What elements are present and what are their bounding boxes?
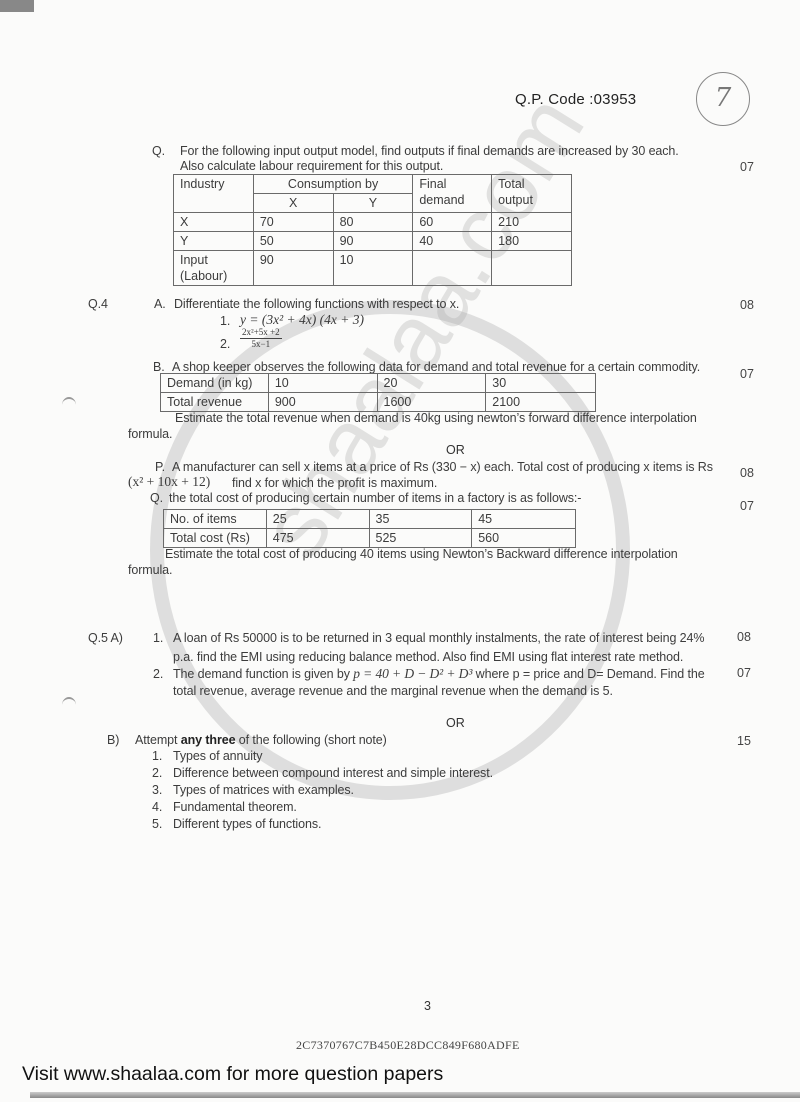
cell-final — [413, 251, 492, 286]
row-label: Total cost (Rs) — [164, 529, 267, 548]
paper-hash: 2C7370767C7B450E28DCC849F680ADFE — [296, 1038, 520, 1053]
table-row: Demand (in kg) 10 20 30 — [161, 374, 596, 393]
cell-y: 80 — [333, 213, 413, 232]
header-total-output-l1: Total — [498, 177, 524, 191]
q5a-item2-line2: total revenue, average revenue and the m… — [173, 683, 613, 699]
list-item: 4.Fundamental theorem. — [152, 799, 297, 815]
cell: 1600 — [377, 393, 486, 412]
q5-label: Q.5 A) — [88, 630, 123, 646]
q4a-marks: 08 — [740, 298, 754, 312]
row-label: Total revenue — [161, 393, 269, 412]
list-item: 3.Types of matrices with examples. — [152, 782, 354, 798]
q4q-after-1: Estimate the total cost of producing 40 … — [165, 546, 678, 562]
cell-x: 70 — [253, 213, 333, 232]
fraction-numerator: 2x²+5x +2 — [240, 327, 282, 339]
cell-x: 50 — [253, 232, 333, 251]
table-row: Total revenue 900 1600 2100 — [161, 393, 596, 412]
list-num: 1. — [152, 748, 173, 764]
cell: 560 — [472, 529, 576, 548]
q4a-text: Differentiate the following functions wi… — [174, 296, 459, 312]
q5b-text: Attempt any three of the following (shor… — [135, 732, 387, 748]
q5a-item2-line1: The demand function is given by p = 40 +… — [173, 666, 705, 682]
header-consumption-by: Consumption by — [253, 175, 412, 194]
q4a-item2-num: 2. — [220, 336, 230, 352]
list-text: Fundamental theorem. — [173, 800, 297, 814]
header-sub-x: X — [253, 194, 333, 213]
q5a-item1-line1: A loan of Rs 50000 is to be returned in … — [173, 630, 704, 646]
header-total-output-l2: output — [498, 193, 533, 207]
q4p-line2-text: find x for which the profit is maximum. — [232, 475, 437, 491]
q5a-item2-marks: 07 — [737, 666, 751, 680]
page-bottom-edge — [30, 1092, 800, 1098]
list-num: 4. — [152, 799, 173, 815]
row-label: Demand (in kg) — [161, 374, 269, 393]
items-cost-table: No. of items 25 35 45 Total cost (Rs) 47… — [163, 509, 576, 548]
cell: 2100 — [486, 393, 596, 412]
q5b-text-bold: any three — [181, 733, 236, 747]
table-header-row: Industry Consumption by Finaldemand Tota… — [174, 175, 572, 194]
list-item: 5.Different types of functions. — [152, 816, 321, 832]
q4b-after-1: Estimate the total revenue when demand i… — [175, 410, 697, 426]
header-total-output: Totaloutput — [492, 175, 572, 213]
header-final-demand-l2: demand — [419, 193, 464, 207]
cell: 25 — [266, 510, 369, 529]
list-item: 1.Types of annuity — [152, 748, 262, 764]
header-sub-y: Y — [333, 194, 413, 213]
q5b-marks: 15 — [737, 734, 751, 748]
cell-industry: Y — [174, 232, 254, 251]
list-item: 2.Difference between compound interest a… — [152, 765, 493, 781]
table-row: Total cost (Rs) 475 525 560 — [164, 529, 576, 548]
cell: 45 — [472, 510, 576, 529]
cell-industry: X — [174, 213, 254, 232]
q4a-item2-fraction: 2x²+5x +2 5x−1 — [240, 327, 282, 350]
q3-label: Q. — [152, 143, 165, 159]
cell: 20 — [377, 374, 486, 393]
q4a-item1-num: 1. — [220, 313, 230, 329]
q5a-item2-pre: The demand function is given by — [173, 667, 353, 681]
q5b-label: B) — [107, 732, 119, 748]
table-row: Y 50 90 40 180 — [174, 232, 572, 251]
promo-banner: Visit www.shaalaa.com for more question … — [22, 1063, 443, 1086]
q4q-text: the total cost of producing certain numb… — [169, 490, 581, 506]
q5b-text-pre: Attempt — [135, 733, 181, 747]
q4a-item1-expr: y = (3x² + 4x) (4x + 3) — [240, 312, 364, 328]
table-row-labour: Input(Labour) 90 10 — [174, 251, 572, 286]
cell: 475 — [266, 529, 369, 548]
q4b-after-2: formula. — [128, 426, 172, 442]
fraction-denominator: 5x−1 — [240, 339, 282, 350]
or-divider: OR — [446, 443, 465, 457]
q5a-item2-num: 2. — [153, 666, 163, 682]
or-divider: OR — [446, 716, 465, 730]
cell-total — [492, 251, 572, 286]
cell-final: 40 — [413, 232, 492, 251]
header-final-demand-l1: Final — [419, 177, 446, 191]
cell: 35 — [369, 510, 472, 529]
q4p-label: P. — [155, 459, 165, 475]
table-row: X 70 80 60 210 — [174, 213, 572, 232]
q5b-text-post: of the following (short note) — [235, 733, 386, 747]
q4q-marks: 07 — [740, 499, 754, 513]
q5a-item1-num: 1. — [153, 630, 163, 646]
cell-final: 60 — [413, 213, 492, 232]
header-final-demand: Finaldemand — [413, 175, 492, 213]
list-text: Types of matrices with examples. — [173, 783, 354, 797]
cell: 10 — [268, 374, 377, 393]
q5a-item1-line2: p.a. find the EMI using reducing balance… — [173, 649, 683, 665]
cell-x: 90 — [253, 251, 333, 286]
q4b-marks: 07 — [740, 367, 754, 381]
cell: 900 — [268, 393, 377, 412]
table-row: No. of items 25 35 45 — [164, 510, 576, 529]
q4q-after-2: formula. — [128, 562, 172, 578]
q4p-marks: 08 — [740, 466, 754, 480]
list-text: Types of annuity — [173, 749, 262, 763]
q5a-item1-marks: 08 — [737, 630, 751, 644]
cell-total: 210 — [492, 213, 572, 232]
qp-code: Q.P. Code :03953 — [515, 91, 636, 108]
page-number: 3 — [424, 999, 431, 1013]
q4-label: Q.4 — [88, 296, 108, 312]
cell: 30 — [486, 374, 596, 393]
q3-line1: For the following input output model, fi… — [180, 143, 679, 159]
q4p-line2-math: (x² + 10x + 12) — [128, 474, 210, 490]
q5a-item2-math: p = 40 + D − D² + D³ — [353, 666, 472, 681]
list-text: Difference between compound interest and… — [173, 766, 493, 780]
scan-edge — [0, 0, 34, 12]
input-output-table: Industry Consumption by Finaldemand Tota… — [173, 174, 572, 286]
labour-label-l2: (Labour) — [180, 269, 227, 283]
page-stamp: 7 — [696, 72, 750, 126]
list-num: 3. — [152, 782, 173, 798]
list-num: 2. — [152, 765, 173, 781]
row-label: No. of items — [164, 510, 267, 529]
list-num: 5. — [152, 816, 173, 832]
cell-total: 180 — [492, 232, 572, 251]
q4a-label: A. — [154, 296, 166, 312]
q3-marks: 07 — [740, 160, 754, 174]
q4q-label: Q. — [150, 490, 163, 506]
cell-y: 10 — [333, 251, 413, 286]
cell: 525 — [369, 529, 472, 548]
header-industry: Industry — [174, 175, 254, 213]
demand-revenue-table: Demand (in kg) 10 20 30 Total revenue 90… — [160, 373, 596, 412]
q5a-item2-post: where p = price and D= Demand. Find the — [472, 667, 704, 681]
labour-label-l1: Input — [180, 253, 208, 267]
punch-mark — [62, 397, 76, 413]
list-text: Different types of functions. — [173, 817, 321, 831]
punch-mark — [62, 697, 76, 713]
q4p-line1: A manufacturer can sell x items at a pri… — [172, 459, 713, 475]
q3-line2: Also calculate labour requirement for th… — [180, 158, 443, 174]
cell-labour-label: Input(Labour) — [174, 251, 254, 286]
cell-y: 90 — [333, 232, 413, 251]
